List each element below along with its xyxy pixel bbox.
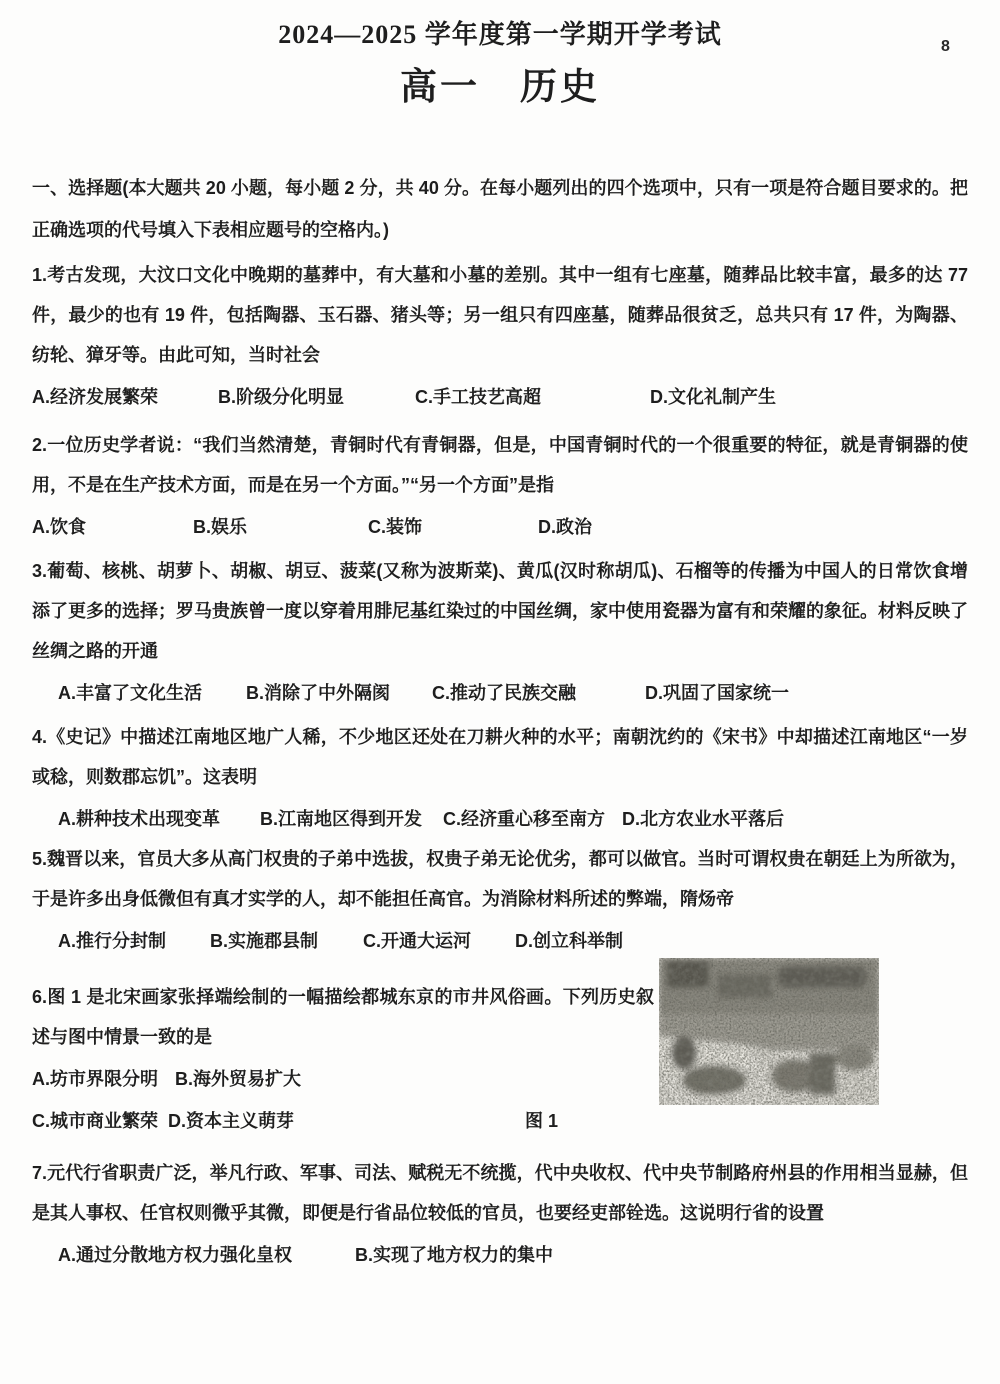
question-1-stem: 1.考古发现，大汶口文化中晚期的墓葬中，有大墓和小墓的差别。其中一组有七座墓，随… (32, 255, 968, 375)
option-a: A.经济发展繁荣 (32, 377, 218, 417)
option-d: D.巩固了国家统一 (645, 673, 789, 713)
option-c: C.装饰 (368, 507, 538, 547)
question-6-stem: 6.图 1 是北宋画家张择端绘制的一幅描绘都城东京的市井风俗画。下列历史叙述与图… (32, 977, 654, 1057)
question-7: 7.元代行省职责广泛，举凡行政、军事、司法、赋税无不统揽，代中央收权、代中央节制… (32, 1153, 968, 1275)
question-5-options: A.推行分封制 B.实施郡县制 C.开通大运河 D.创立科举制 (32, 921, 968, 961)
option-a: A.丰富了文化生活 (58, 673, 246, 713)
option-b: B.海外贸易扩大 (175, 1059, 301, 1099)
option-c: C.城市商业繁荣 (32, 1101, 168, 1141)
page-number: 8 (941, 38, 950, 56)
question-4-options: A.耕种技术出现变革 B.江南地区得到开发 C.经济重心移至南方 D.北方农业水… (32, 799, 968, 839)
page-title: 2024—2025 学年度第一学期开学考试 (32, 18, 968, 52)
option-c: C.开通大运河 (363, 921, 515, 961)
option-d: D.创立科举制 (515, 921, 623, 961)
question-5-stem: 5.魏晋以来，官员大多从高门权贵的子弟中选拔，权贵子弟无论优劣，都可以做官。当时… (32, 839, 968, 919)
option-c: C.手工技艺高超 (415, 377, 650, 417)
option-a: A.饮食 (32, 507, 193, 547)
option-d: D.北方农业水平落后 (622, 799, 784, 839)
question-3-stem: 3.葡萄、核桃、胡萝卜、胡椒、胡豆、菠菜(又称为波斯菜)、黄瓜(汉时称胡瓜)、石… (32, 551, 968, 671)
option-b: B.娱乐 (193, 507, 368, 547)
option-b: B.江南地区得到开发 (260, 799, 443, 839)
question-7-stem: 7.元代行省职责广泛，举凡行政、军事、司法、赋税无不统揽，代中央收权、代中央节制… (32, 1153, 968, 1233)
option-c: C.经济重心移至南方 (443, 799, 622, 839)
option-d: D.文化礼制产生 (650, 377, 776, 417)
question-5: 5.魏晋以来，官员大多从高门权贵的子弟中选拔，权贵子弟无论优劣，都可以做官。当时… (32, 839, 968, 961)
figure-1-image (659, 958, 879, 1105)
question-2-stem: 2.一位历史学者说：“我们当然清楚，青铜时代有青铜器，但是，中国青铜时代的一个很… (32, 425, 968, 505)
question-3-options: A.丰富了文化生活 B.消除了中外隔阂 C.推动了民族交融 D.巩固了国家统一 (32, 673, 968, 713)
question-6-options-row-2: C.城市商业繁荣 D.资本主义萌芽 图 1 (32, 1101, 968, 1141)
option-b: B.实施郡县制 (210, 921, 363, 961)
question-2: 2.一位历史学者说：“我们当然清楚，青铜时代有青铜器，但是，中国青铜时代的一个很… (32, 425, 968, 547)
section-intro: 一、选择题(本大题共 20 小题，每小题 2 分，共 40 分。在每小题列出的四… (32, 167, 968, 251)
option-c: C.推动了民族交融 (432, 673, 645, 713)
question-1: 1.考古发现，大汶口文化中晚期的墓葬中，有大墓和小墓的差别。其中一组有七座墓，随… (32, 255, 968, 417)
exam-page: 8 2024—2025 学年度第一学期开学考试 高一 历史 一、选择题(本大题共… (0, 0, 1000, 1384)
option-b: B.消除了中外隔阂 (246, 673, 432, 713)
question-1-options: A.经济发展繁荣 B.阶级分化明显 C.手工技艺高超 D.文化礼制产生 (32, 377, 968, 417)
option-a: A.推行分封制 (58, 921, 210, 961)
option-b: B.实现了地方权力的集中 (355, 1235, 553, 1275)
question-2-options: A.饮食 B.娱乐 C.装饰 D.政治 (32, 507, 968, 547)
option-d: D.资本主义萌芽 (168, 1101, 294, 1141)
option-a: A.通过分散地方权力强化皇权 (58, 1235, 355, 1275)
question-3: 3.葡萄、核桃、胡萝卜、胡椒、胡豆、菠菜(又称为波斯菜)、黄瓜(汉时称胡瓜)、石… (32, 551, 968, 713)
question-4-stem: 4.《史记》中描述江南地区地广人稀，不少地区还处在刀耕火种的水平；南朝沈约的《宋… (32, 717, 968, 797)
option-d: D.政治 (538, 507, 592, 547)
question-4: 4.《史记》中描述江南地区地广人稀，不少地区还处在刀耕火种的水平；南朝沈约的《宋… (32, 717, 968, 839)
question-6: 6.图 1 是北宋画家张择端绘制的一幅描绘都城东京的市井风俗画。下列历史叙述与图… (32, 977, 968, 1141)
figure-1-caption: 图 1 (525, 1101, 558, 1141)
option-b: B.阶级分化明显 (218, 377, 415, 417)
option-a: A.耕种技术出现变革 (58, 799, 260, 839)
page-subtitle: 高一 历史 (32, 64, 968, 111)
option-a: A.坊市界限分明 (32, 1059, 175, 1099)
question-7-options: A.通过分散地方权力强化皇权 B.实现了地方权力的集中 (32, 1235, 968, 1275)
